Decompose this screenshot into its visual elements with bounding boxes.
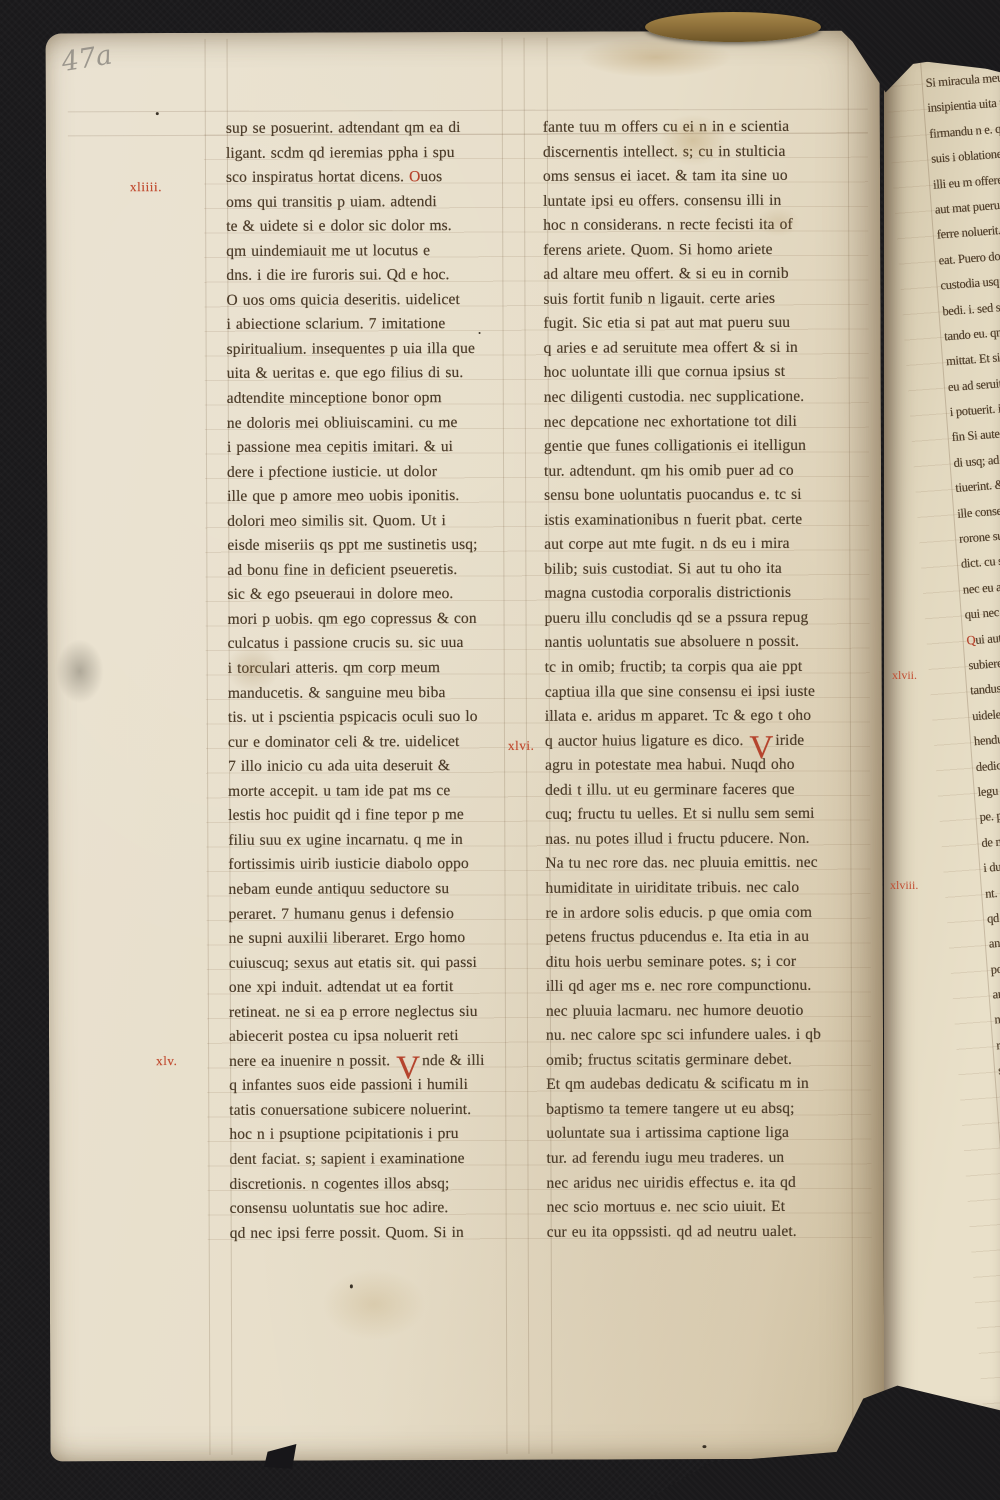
text-line: nebam eunde antiquu seductore su: [228, 877, 528, 903]
chapter-number-xlviii: xlviii.: [890, 878, 918, 893]
text-line: ne supni auxilii liberaret. Ergo homo: [229, 926, 529, 952]
text-line: illi qd ager ms e. nec rore compunctionu…: [546, 974, 860, 1000]
chapter-number-xliiii: xliiii.: [130, 179, 162, 195]
rubric-text: O: [409, 168, 420, 185]
text-line: nec aridus nec uiridis effectus e. ita q…: [546, 1170, 860, 1196]
text-line: hoc n considerans. n recte fecisti ita o…: [543, 213, 857, 239]
text-line: ferens ariete. Quom. Si homo ariete: [543, 237, 857, 263]
text-line: mori p uobis. qm ego copressus & con: [228, 607, 528, 633]
text-line: one xpi induit. adtendat ut ea fortit: [229, 975, 529, 1001]
text-line: captiua illa que sine consensu ei ipsi i…: [545, 679, 859, 705]
text-line: fugit. Sic etia si pat aut mat pueru suu: [543, 311, 857, 337]
stain: [322, 1268, 426, 1340]
text-line: sco inspiratus hortat dicens. Ouos: [226, 165, 526, 191]
text-line: gentie que funes colligationis ei itelli…: [544, 434, 858, 460]
text-line: tur. ad ferendu iugu meu traderes. un: [546, 1146, 860, 1172]
text-line: q aries e ad seruitute mea offert & si i…: [544, 336, 858, 362]
text-line: cur eu ita oppssisti. qd ad neutru ualet…: [547, 1219, 861, 1245]
text-line: i torculari atteris. qm corp meum: [228, 656, 528, 682]
text-line: nec pluuia lacmaru. nec humore deuotio: [546, 998, 860, 1024]
text-line: ille que p amore meo uobis iponitis.: [227, 484, 527, 510]
text-line: ligant. scdm qd ieremias ppha i spu: [226, 140, 526, 166]
text-line: re in ardore solis educis. p que omia co…: [546, 900, 860, 926]
text-line: discretionis. n cogentes illos absq;: [229, 1171, 529, 1197]
text-line: ad bonu fine in deficient pseueretis.: [227, 558, 527, 584]
text-line: abiecerit postea cu ipsa noluerit reti: [229, 1024, 529, 1050]
text-line: dns. i die ire furoris sui. Qd e hoc.: [226, 263, 526, 289]
text-line: uita & ueritas e. que ego filius di su.: [227, 361, 527, 387]
text-line: cuq; fructu tu uelles. Et si nullu sem s…: [545, 802, 859, 828]
text-line: 7 illo inicio cu ada uita deseruit &: [228, 754, 528, 780]
text-line: petens fructus pducendus e. Ita etia in …: [546, 925, 860, 951]
text-line: bilib; suis custodiat. Si aut tu oho ita: [544, 556, 858, 582]
manuscript-page-verso: 47a xliiii. xlv. xlvi. sup se posuerint.…: [46, 31, 885, 1462]
text-column-left: sup se posuerint. adtendant qm ea diliga…: [226, 116, 530, 1246]
rubric-text: Q: [966, 632, 976, 647]
text-line: nas. nu potes illud i fructu pducere. No…: [545, 826, 859, 852]
text-line: nantis uoluntatis sue absoluere n possit…: [545, 630, 859, 656]
manuscript-photo: 47a xliiii. xlv. xlvi. sup se posuerint.…: [0, 0, 1000, 1500]
text-line: oms sensus ei iacet. & tam ita sine uo: [543, 164, 857, 190]
speck: [350, 1284, 353, 1288]
stain: [581, 37, 731, 78]
text-line: q auctor huius ligature es dico. Viride: [545, 728, 859, 754]
text-line: istis examinationibus n fuerit pbat. cer…: [544, 507, 858, 533]
text-line: culcatus i passione crucis su. sic uua: [228, 631, 528, 657]
text-line: O uos oms quicia deseritis. uidelicet: [226, 288, 526, 314]
speck: [156, 112, 159, 115]
text-line: retineat. ne si ea p errore neglectus si…: [229, 999, 529, 1025]
text-line: nu. nec calore spc sci infundere uales. …: [546, 1023, 860, 1049]
text-line: peraret. 7 humanu genus i defensio: [229, 901, 529, 927]
text-line: sup se posuerint. adtendant qm ea di: [226, 116, 526, 142]
text-line: lestis hoc puidit qd i fine tepor p me: [228, 803, 528, 829]
text-line: qm uindemiauit me ut locutus e: [226, 239, 526, 265]
text-line: i passione mea cepitis imitari. & ui: [227, 435, 527, 461]
folio-number: 47a: [59, 39, 114, 78]
text-line: nec diligenti custodia. nec supplication…: [544, 385, 858, 411]
facing-page-text: Si miracula meuinsipientia uita pmafirma…: [884, 56, 1000, 1412]
text-line: cuiuscuq; sexus aut etatis sit. qui pass…: [229, 950, 529, 976]
text-line: ditu hois uerbu seminare potes. s; i cor: [546, 949, 860, 975]
text-line: discernentis intellect. s; cu in stultic…: [543, 139, 857, 165]
text-line: aut corpe aut mte fugit. n ds eu i mira: [544, 532, 858, 558]
text-line: nec scio mortuus e. nec scio uiuit. Et: [547, 1195, 861, 1221]
text-line: cur e dominator celi & tre. uidelicet: [228, 729, 528, 755]
facing-page-edge: Si miracula meuinsipientia uita pmafirma…: [884, 56, 1000, 1412]
text-line: humiditate in uiriditate tribuis. nec ca…: [545, 876, 859, 902]
text-line: sic & ego pseueraui in dolore meo.: [227, 582, 527, 608]
text-line: morte accepit. u tam ide pat ms ce: [228, 779, 528, 805]
text-line: agru in potestate mea habui. Nuqd oho: [545, 753, 859, 779]
text-line: dedi t illu. ut eu germinare faceres que: [545, 777, 859, 803]
text-line: i abiectione sclarium. 7 imitatione: [226, 312, 526, 338]
text-line: magna custodia corporalis districtionis: [544, 581, 858, 607]
text-line: q infantes suos eide passioni i humili: [229, 1073, 529, 1099]
chapter-number-xlv: xlv.: [156, 1053, 177, 1069]
text-line: dolori meo similis sit. Quom. Ut i: [227, 509, 527, 535]
text-line: dent faciat. s; sapient i examinatione: [229, 1147, 529, 1173]
text-line: te & uidete si e dolor sic dolor ms.: [226, 214, 526, 240]
text-line: qd nec ipsi ferre possit. Quom. Si in: [230, 1220, 530, 1246]
text-line: ad altare meu offert. & si eu in cornib: [543, 262, 857, 288]
text-line: dere i pfectione iusticie. ut dolor: [227, 459, 527, 485]
text-line: nere ea inuenire n possit. Vnde & illi: [229, 1049, 529, 1075]
text-line: pueru illu concludis qd se a pssura repu…: [545, 606, 859, 632]
text-line: Na tu nec rore das. nec pluuia emittis. …: [545, 851, 859, 877]
text-line: eisde miseriis qs ppt me sustinetis usq;: [227, 533, 527, 559]
text-line: tis. ut i pscientia pspicacis oculi suo …: [228, 705, 528, 731]
text-line: tc in omib; fructib; ta corpis qua aie p…: [545, 655, 859, 681]
text-line: fante tuu m offers cu ei n in e scientia: [543, 115, 857, 141]
speck: [702, 1445, 706, 1448]
speck: [479, 332, 481, 334]
text-line: hoc n i psuptione pcipitationis i pru: [229, 1122, 529, 1148]
text-column-right: fante tuu m offers cu ei n in e scientia…: [543, 115, 861, 1245]
text-line: illata e. aridus m apparet. Tc & ego t o…: [545, 704, 859, 730]
stain: [56, 639, 104, 703]
text-line: uoluntate sua i artissima captione liga: [546, 1121, 860, 1147]
text-line: omib; fructus scitatis germinare debet.: [546, 1047, 860, 1073]
text-line: nec depcatione nec exhortatione tot dili: [544, 409, 858, 435]
text-line: ne doloris mei obliuiscamini. cu me: [227, 410, 527, 436]
text-line: sensu bone uoluntatis puocandus e. tc si: [544, 483, 858, 509]
page-edges-gilt: [645, 12, 821, 42]
text-line: tur. adtendunt. qm his omib puer ad co: [544, 458, 858, 484]
text-line: consensu uoluntatis sue hoc adire.: [230, 1196, 530, 1222]
text-line: baptismo ta temere tangere ut eu absq;: [546, 1096, 860, 1122]
text-line: spiritualium. insequentes p uia illa que: [227, 337, 527, 363]
text-line: filiu suu ex ugine incarnatu. q me in: [228, 828, 528, 854]
text-line: hoc uoluntate illi que cornua ipsius st: [544, 360, 858, 386]
text-line: oms qui transitis p uiam. adtendi: [226, 189, 526, 215]
text-line: tatis conuersatione subicere noluerint.: [229, 1098, 529, 1124]
text-line: Et qm audebas dedicatu & scificatu m in: [546, 1072, 860, 1098]
text-line: manducetis. & sanguine meu biba: [228, 680, 528, 706]
text-line: suis fortit funib n ligauit. certe aries: [543, 286, 857, 312]
text-line: fortissimis uirib iusticie diabolo oppo: [228, 852, 528, 878]
text-line: adtendite minceptione bonor opm: [227, 386, 527, 412]
text-line: luntate ipsi eu offers. consensu illi in: [543, 188, 857, 214]
chapter-number-xlvii: xlvii.: [892, 668, 917, 683]
